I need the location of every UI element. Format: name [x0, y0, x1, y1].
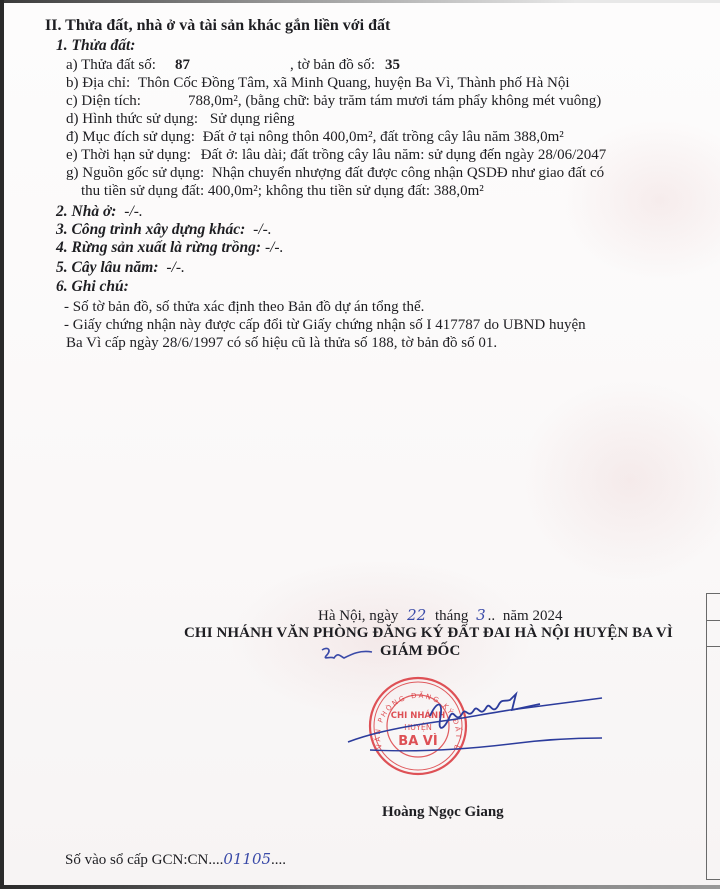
- section-title: II. Thửa đất, nhà ở và tài sản khác gắn …: [45, 17, 390, 35]
- signature-icon: [340, 680, 620, 760]
- note-item: Ba Vì cấp ngày 28/6/1997 có số hiệu cũ l…: [66, 334, 497, 352]
- purpose-row: đ) Mục đích sử dụng: Đất ở tại nông thôn…: [66, 128, 564, 146]
- area-label: c) Diện tích:: [66, 92, 141, 110]
- use-form-row: d) Hình thức sử dụng: Sử dụng riêng: [66, 110, 295, 128]
- map-sheet-label: , tờ bản đồ số:: [290, 56, 375, 74]
- year-label: năm 2024: [503, 608, 563, 624]
- registry-row: Số vào sổ cấp GCN:CN....01105....: [65, 850, 286, 869]
- perennial-value: -/-.: [166, 259, 185, 276]
- origin-value-line2: thu tiền sử dụng đất: 400,0m²; không thu…: [81, 182, 484, 200]
- use-form-label: d) Hình thức sử dụng:: [66, 111, 198, 127]
- month-label: tháng: [435, 608, 468, 624]
- parcel-row: a) Thửa đất số:: [66, 56, 156, 74]
- note-item: - Giấy chứng nhận này được cấp đổi từ Gi…: [64, 316, 586, 334]
- date-month: 3: [476, 606, 486, 624]
- page-top-border: [0, 0, 720, 3]
- registry-suffix: ....: [271, 852, 286, 868]
- perennial-row: 5. Cây lâu năm: -/-.: [56, 259, 185, 277]
- map-sheet-number: 35: [385, 56, 400, 74]
- signer-name: Hoàng Ngọc Giang: [382, 803, 504, 821]
- registry-number: 01105: [223, 850, 271, 868]
- parcel-label: a) Thửa đất số:: [66, 57, 156, 73]
- other-construction-row: 3. Công trình xây dựng khác: -/-.: [56, 221, 272, 239]
- page-left-border: [0, 0, 4, 889]
- office-name: CHI NHÁNH VĂN PHÒNG ĐĂNG KÝ ĐẤT ĐAI HÀ N…: [184, 624, 673, 642]
- note-item: - Số tờ bản đồ, số thửa xác định theo Bả…: [64, 298, 424, 316]
- page-bottom-border: [0, 885, 720, 889]
- address-value: Thôn Cốc Đồng Tâm, xã Minh Quang, huyện …: [138, 75, 570, 91]
- notes-heading: 6. Ghi chú:: [56, 278, 129, 296]
- term-value: Đất ở: lâu dài; đất trồng cây lâu năm: s…: [201, 147, 607, 163]
- land-heading: 1. Thửa đất:: [56, 37, 135, 55]
- address-label: b) Địa chỉ:: [66, 75, 130, 91]
- origin-row: g) Nguồn gốc sử dụng: Nhận chuyển nhượng…: [66, 164, 604, 182]
- origin-value-line1: Nhận chuyển nhượng đất được công nhận QS…: [212, 165, 604, 181]
- forest-value: -/-.: [265, 239, 284, 256]
- position-title: GIÁM ĐỐC: [380, 642, 460, 660]
- term-label: e) Thời hạn sử dụng:: [66, 147, 191, 163]
- date-prefix: Hà Nội, ngày: [318, 608, 398, 624]
- other-construction-value: -/-.: [253, 221, 272, 238]
- term-row: e) Thời hạn sử dụng: Đất ở: lâu dài; đất…: [66, 146, 606, 164]
- address-row: b) Địa chỉ: Thôn Cốc Đồng Tâm, xã Minh Q…: [66, 74, 570, 92]
- initial-mark-icon: [314, 644, 374, 668]
- use-form-value: Sử dụng riêng: [210, 111, 295, 127]
- house-heading: 2. Nhà ở:: [56, 203, 116, 220]
- other-construction-heading: 3. Công trình xây dựng khác:: [56, 221, 245, 238]
- perennial-heading: 5. Cây lâu năm:: [56, 259, 158, 276]
- house-value: -/-.: [124, 203, 143, 220]
- purpose-value: Đất ở tại nông thôn 400,0m², đất trồng c…: [203, 129, 564, 145]
- purpose-label: đ) Mục đích sử dụng:: [66, 129, 195, 145]
- parcel-number: 87: [175, 56, 190, 74]
- registry-label: Số vào sổ cấp GCN:CN....: [65, 852, 223, 868]
- side-table-divider: [707, 646, 720, 647]
- forest-row: 4. Rừng sản xuất là rừng trồng: -/-.: [56, 239, 283, 257]
- area-value: 788,0m², (bằng chữ: bảy trăm tám mươi tá…: [188, 92, 601, 110]
- watermark: [520, 380, 720, 580]
- certificate-page: II. Thửa đất, nhà ở và tài sản khác gắn …: [0, 0, 720, 889]
- issue-date: Hà Nội, ngày 22 tháng 3.. năm 2024: [318, 606, 562, 625]
- date-day: 22: [407, 606, 426, 624]
- forest-heading: 4. Rừng sản xuất là rừng trồng:: [56, 239, 261, 256]
- side-table-frame: [706, 593, 720, 880]
- watermark: [560, 120, 720, 280]
- origin-label: g) Nguồn gốc sử dụng:: [66, 165, 204, 181]
- house-row: 2. Nhà ở: -/-.: [56, 203, 143, 221]
- side-table-divider: [707, 620, 720, 621]
